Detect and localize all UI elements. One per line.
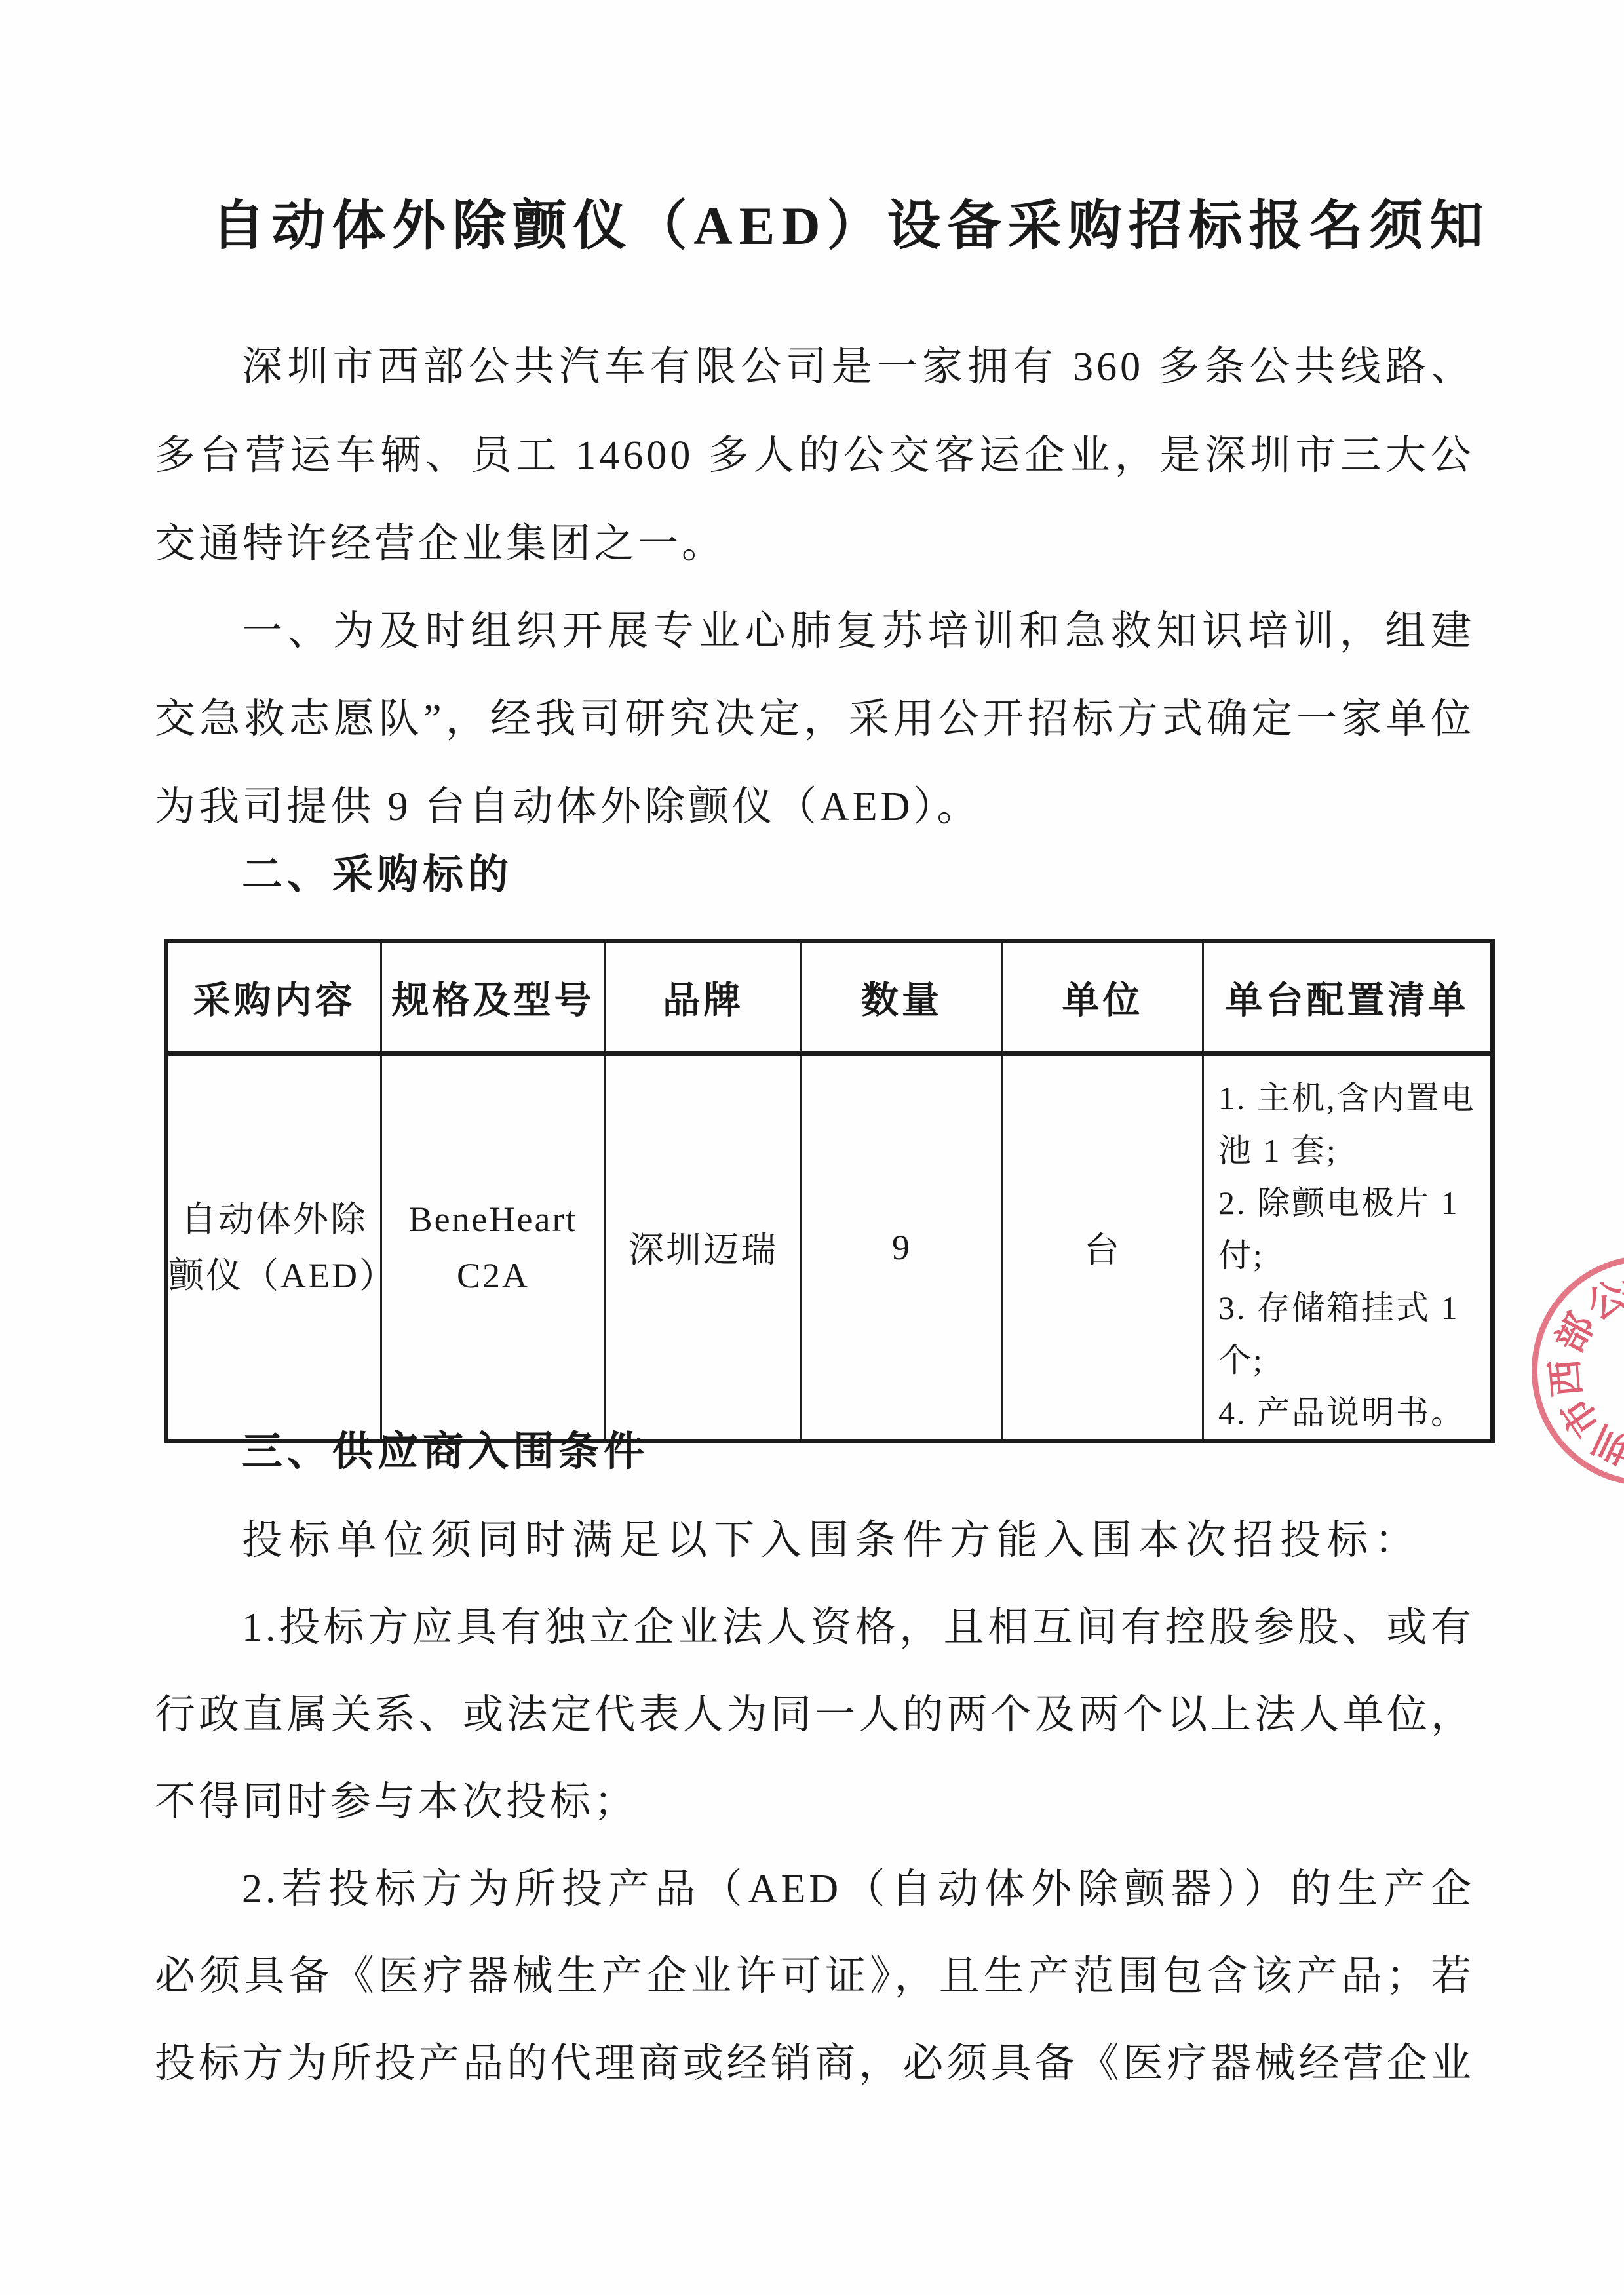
condition1-line-2: 行政直属关系、或法定代表人为同一人的两个及两个以上法人单位， [155, 1669, 1475, 1761]
page-title: 自动体外除颤仪（AED）设备采购招标报名须知 [191, 177, 1511, 275]
condition1-line-1: 1.投标方应具有独立企业法人资格，且相互间有控股参股、或有 [242, 1582, 1475, 1674]
cell-spec-line2: C2A [382, 1247, 604, 1304]
col-header-spec: 规格及型号 [381, 941, 606, 1053]
cell-brand: 深圳迈瑞 [606, 1053, 802, 1442]
config-item-3: 3. 存储箱挂式 1 个; [1218, 1282, 1481, 1386]
cell-content-line1: 自动体外除 [168, 1191, 380, 1247]
col-header-content: 采购内容 [166, 941, 381, 1053]
col-header-brand: 品牌 [606, 941, 802, 1053]
intro-line-3: 交通特许经营企业集团之一。 [155, 498, 1475, 590]
config-item-1: 1. 主机,含内置电池 1 套; [1218, 1072, 1481, 1177]
cell-spec-line1: BeneHeart [382, 1191, 604, 1247]
cell-spec: BeneHeart C2A [381, 1053, 606, 1442]
intro-line-1: 深圳市西部公共汽车有限公司是一家拥有 360 多条公共线路、4000 [242, 321, 1475, 413]
condition1-line-3: 不得同时参与本次投标； [155, 1756, 1475, 1848]
procurement-table: 采购内容 规格及型号 品牌 数量 单位 单台配置清单 自动体外除 颤仪（AED）… [164, 939, 1495, 1443]
cell-content: 自动体外除 颤仪（AED） [166, 1053, 381, 1442]
condition2-line-1: 2.若投标方为所投产品（AED（自动体外除颤器））的生产企业， [242, 1843, 1475, 1935]
col-header-config: 单台配置清单 [1203, 941, 1493, 1053]
intro-line-2: 多台营运车辆、员工 14600 多人的公交客运企业，是深圳市三大公共 [155, 410, 1475, 501]
condition2-line-2: 必须具备《医疗器械生产企业许可证》，且生产范围包含该产品；若 [155, 1931, 1475, 2022]
section1-line-2: 交急救志愿队”，经我司研究决定，采用公开招标方式确定一家单位 [155, 673, 1475, 765]
heading-section2: 二、采购标的 [242, 829, 1475, 921]
cell-content-line2: 颤仪（AED） [168, 1247, 380, 1304]
condition2-line-3: 投标方为所投产品的代理商或经销商，必须具备《医疗器械经营企业 [155, 2018, 1475, 2109]
table-row: 自动体外除 颤仪（AED） BeneHeart C2A 深圳迈瑞 9 台 1. … [166, 1053, 1493, 1442]
config-item-2: 2. 除颤电极片 1 付; [1218, 1177, 1481, 1282]
conditions-intro-line: 投标单位须同时满足以下入围条件方能入围本次招投标： [242, 1495, 1475, 1586]
heading-section3: 三、供应商入围条件 [242, 1413, 1475, 1491]
section1-line-1: 一、为及时组织开展专业心肺复苏培训和急救知识培训，组建“公 [242, 585, 1475, 677]
cell-config: 1. 主机,含内置电池 1 套; 2. 除颤电极片 1 付; 3. 存储箱挂式 … [1203, 1053, 1493, 1442]
cell-quantity: 9 [802, 1053, 1003, 1442]
seal-char-xi: 西 [1545, 1356, 1589, 1400]
col-header-unit: 单位 [1003, 941, 1203, 1053]
cell-unit: 台 [1003, 1053, 1203, 1442]
table-header-row: 采购内容 规格及型号 品牌 数量 单位 单台配置清单 [166, 941, 1493, 1053]
document-page: 自动体外除颤仪（AED）设备采购招标报名须知 深圳市西部公共汽车有限公司是一家拥… [0, 0, 1624, 2295]
col-header-quantity: 数量 [802, 941, 1003, 1053]
